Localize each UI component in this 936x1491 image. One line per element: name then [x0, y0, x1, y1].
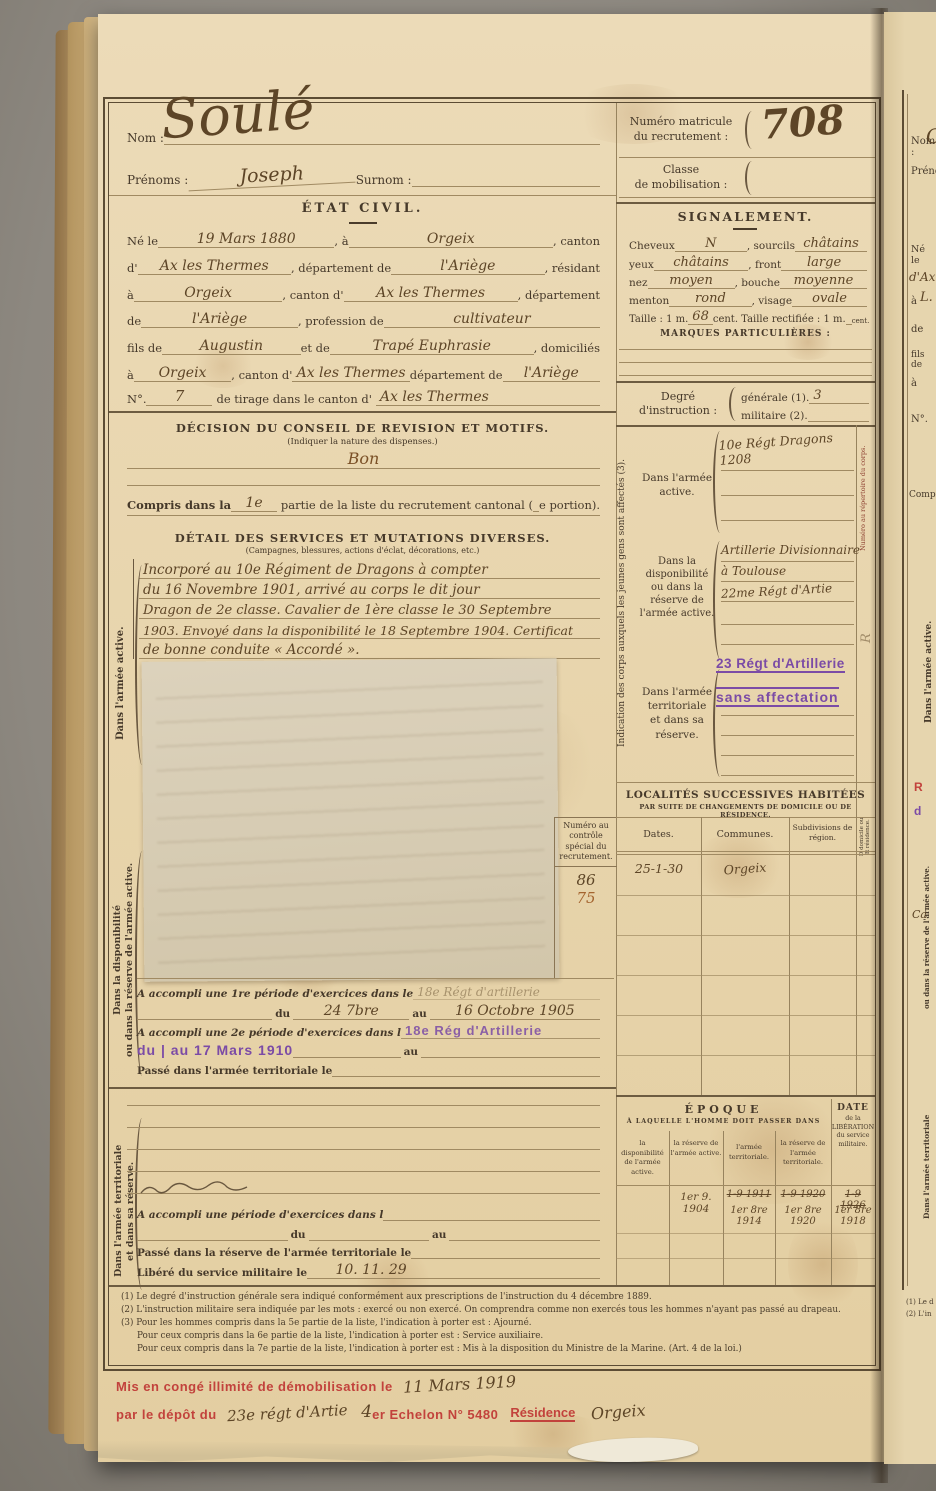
ec-line-2: d' Ax les Thermes , département de l'Ari…: [127, 256, 600, 275]
rule-line: [616, 854, 875, 855]
label: A accompli une période d'exercices dans …: [137, 1209, 383, 1221]
label: au: [429, 1229, 449, 1241]
instruction-label-1: Degré: [633, 390, 723, 403]
rule-line: [435, 1278, 600, 1279]
section-divider: [616, 202, 875, 204]
rule-line: [383, 1220, 600, 1221]
value: Ax les Thermes: [138, 258, 291, 275]
sig-row-cheveux: Cheveux N , sourcils châtains: [629, 234, 867, 252]
margin-label-terr-2: et dans sa réserve.: [125, 1125, 136, 1297]
label: nez: [629, 277, 648, 289]
surnom-label: Surnom :: [356, 173, 412, 187]
rule-line: [412, 186, 600, 187]
terr-stamp-affectation: sans affectation: [716, 687, 839, 707]
rule-line: [137, 978, 614, 979]
label: cent.: [852, 317, 870, 325]
next-compris: Compr: [909, 490, 936, 500]
rule-line: [421, 1057, 600, 1058]
epoque-col1-header: la disponibilité de l'armée active.: [617, 1139, 668, 1177]
prenoms-value: Joseph: [188, 160, 356, 192]
pasted-paper-slip: [142, 658, 560, 982]
rule-line: [109, 195, 616, 196]
margin-label-dispo-2: ou dans la réserve de l'armée active.: [124, 855, 135, 1065]
periode1-du: 24 7bre: [293, 1003, 409, 1020]
section-divider: [616, 425, 875, 427]
demob-depot: 23e régt d'Artie: [216, 1400, 361, 1426]
table-column-line: [856, 780, 857, 1095]
decision-value-row: Bon: [127, 449, 600, 469]
label: menton: [629, 295, 669, 307]
localites-title: LOCALITÉS SUCCESSIVES HABITÉES: [616, 789, 875, 801]
footnote-5: Pour ceux compris dans la 7e partie de l…: [121, 1343, 863, 1356]
demobilisation-line-2: par le dépôt du 23e régt d'Artie 4 er Ec…: [116, 1398, 646, 1422]
label: A accompli une 2e période d'exercices da…: [137, 1027, 401, 1039]
rule-line: [616, 1185, 875, 1186]
epoque-title: ÉPOQUE: [616, 1103, 831, 1116]
ec-line-3: à Orgeix , canton d' Ax les Thermes , dé…: [127, 283, 600, 302]
label: militaire (2).: [741, 410, 808, 422]
rule-line: [808, 421, 869, 422]
rule-line: [721, 601, 854, 602]
localites-col-dates: Dates.: [616, 829, 701, 840]
label: Passé dans l'armée territoriale le: [137, 1065, 332, 1077]
footnotes: (1) Le degré d'instruction générale sera…: [121, 1291, 863, 1356]
section-divider: [109, 411, 616, 413]
rule-line: [127, 515, 600, 516]
services-text: Incorporé au 10e Régiment de Dragons à c…: [139, 562, 600, 579]
section-divider: [616, 381, 875, 383]
next-frag: à: [911, 378, 917, 389]
epoque-col2-header: la réserve de l'armée active.: [670, 1139, 722, 1158]
libere-value: 10. 11. 29: [307, 1262, 435, 1279]
next-mark-r: R: [914, 780, 923, 794]
periode2-row: A accompli une 2e période d'exercices da…: [137, 1021, 600, 1039]
repertoire-divider: [856, 425, 857, 780]
corps-active-label: Dans l'armée active.: [641, 471, 713, 499]
value: Augustin: [162, 338, 301, 355]
label: , canton d': [282, 288, 343, 302]
rule-line: [619, 157, 875, 158]
rule-line: [616, 817, 875, 818]
label: , sourcils: [747, 240, 795, 252]
demob-stamp-1: Mis en congé illimité de démobilisation …: [116, 1379, 393, 1394]
next-page: Nom : C Prénoms Né le d'Ax à L. de fils …: [884, 12, 936, 1464]
next-frag-hand: L.: [920, 290, 933, 305]
label: fils de: [127, 341, 162, 355]
services-line: de bonne conduite « Accordé ».: [139, 639, 600, 659]
label: , visage: [752, 295, 793, 307]
epoque-value-4-old: 1-9 1920: [776, 1189, 830, 1200]
epoque-value-4: 1er 8re 1920: [776, 1205, 830, 1227]
label: d': [127, 261, 138, 275]
tirage-canton: Ax les Thermes: [376, 389, 600, 406]
corps-active-value: 10e Régt Dragons 1208: [718, 428, 860, 468]
label: générale (1).: [741, 392, 809, 404]
ec-line-5: fils de Augustin et de Trapé Euphrasie ,…: [127, 336, 600, 355]
label: A accompli une 1re période d'exercices d…: [137, 988, 413, 1000]
label: , département de: [291, 261, 391, 275]
affectations-vertical-label: Indication des corps auxquels les jeunes…: [617, 429, 627, 777]
classe-label-2: de mobilisation :: [625, 178, 737, 191]
epoque-col4-header: la réserve de l'armée territoriale.: [776, 1139, 830, 1168]
ink-scribble: [139, 1181, 249, 1197]
label: , résidant: [545, 261, 600, 275]
compris-value: 1e: [231, 495, 277, 512]
signalement-title: SIGNALEMENT.: [616, 209, 875, 224]
rule-line: [721, 495, 854, 496]
label: au: [401, 1046, 421, 1058]
value: Ax les Thermes: [292, 365, 409, 382]
front-value: large: [781, 255, 867, 271]
title-underline: [733, 228, 757, 230]
next-frag: à: [911, 296, 917, 307]
next-frame-line: [907, 94, 908, 1286]
rule-line: [721, 581, 854, 582]
next-note-2: (2) L'in: [906, 1310, 931, 1318]
label: e portion).: [539, 498, 600, 512]
rule-line: [619, 197, 875, 198]
table-column-line: [701, 817, 702, 1095]
matricule-label-1: Numéro matricule: [625, 115, 737, 128]
menton-value: rond: [669, 291, 751, 307]
next-note-1: (1) Le d: [906, 1298, 934, 1306]
instruction-label-2: d'instruction :: [633, 404, 723, 417]
rule-line: [127, 485, 600, 486]
rule-line: [721, 715, 854, 716]
table-column-line: [789, 817, 790, 1095]
label: du: [272, 1008, 293, 1020]
nom-value-large: Soulé: [159, 78, 317, 152]
pt-dates-row: du au: [137, 1223, 600, 1241]
libere-row: Libéré du service militaire le 10. 11. 2…: [137, 1259, 600, 1279]
label: , canton: [553, 234, 600, 248]
services-line: Incorporé au 10e Régiment de Dragons à c…: [139, 559, 600, 579]
epoque-col3-header: l'armée territoriale.: [724, 1143, 774, 1162]
label: yeux: [629, 259, 654, 271]
rule-line: [616, 851, 875, 852]
value: Orgeix: [134, 365, 231, 382]
periode1-dates-row: du 24 7bre au 16 Octobre 1905: [137, 1001, 600, 1020]
rule-line: [616, 935, 875, 936]
sig-row-yeux: yeux châtains , front large: [629, 253, 867, 271]
periode2-stamp: 18e Rég d'Artillerie: [401, 1023, 600, 1039]
rule-line: [127, 1105, 600, 1106]
services-text: de bonne conduite « Accordé ».: [139, 642, 600, 659]
label: Passé dans la réserve de l'armée territo…: [137, 1247, 411, 1259]
prenoms-label: Prénoms :: [127, 173, 188, 187]
sourcils-value: châtains: [795, 236, 867, 252]
controle-value-2: 75: [555, 889, 617, 907]
demob-echelon-number: 4: [361, 1402, 372, 1422]
demob-residence-value: Orgeix: [575, 1401, 647, 1425]
label: à: [127, 368, 134, 382]
nez-value: moyen: [648, 273, 735, 289]
cheveux-value: N: [675, 236, 747, 252]
value: 19 Mars 1880: [158, 231, 334, 248]
label: département de: [410, 368, 503, 382]
matricule-label-2: du recrutement :: [625, 130, 737, 143]
section-divider: [616, 1095, 875, 1097]
label: Taille : 1 m.: [629, 314, 688, 325]
services-subtitle: (Campagnes, blessures, actions d'éclat, …: [109, 546, 616, 555]
epoque-value-3: 1er 8re 1914: [724, 1205, 774, 1227]
tirage-number: 7: [146, 387, 212, 406]
localites-col-communes: Communes.: [701, 829, 789, 840]
localites-row-commune: Orgeix: [703, 858, 788, 879]
localites-col-subdiv: Subdivisions de région.: [789, 823, 856, 843]
passe-reserve-row: Passé dans la réserve de l'armée territo…: [137, 1241, 600, 1259]
rule-line: [721, 561, 854, 562]
services-line: 1903. Envoyé dans la disponibilité le 18…: [139, 619, 600, 639]
epoque-col5-header: de la LIBÉRATION du service militaire.: [831, 1115, 875, 1149]
pt-row: A accompli une période d'exercices dans …: [137, 1203, 600, 1221]
next-frame-line: [902, 90, 904, 1290]
rule-line: [619, 349, 872, 350]
footnote-1: (1) Le degré d'instruction générale sera…: [121, 1291, 863, 1304]
decision-value: Bon: [320, 449, 408, 469]
ec-line-1: Né le 19 Mars 1880 , à Orgeix , canton: [127, 229, 600, 248]
periode2-date-stamp: du | au 17 Mars 1910: [137, 1042, 293, 1058]
label: Libéré du service militaire le: [137, 1267, 307, 1279]
rule-line: [616, 1233, 875, 1234]
footnote-3: (3) Pour les hommes compris dans la 5e p…: [121, 1317, 863, 1330]
periode1-value: 18e Régt d'artillerie: [413, 985, 600, 1000]
rule-line: [721, 644, 854, 645]
rule-line: [721, 775, 854, 776]
rule-line: [616, 975, 875, 976]
brace: [713, 669, 727, 777]
etat-civil-title: ÉTAT CIVIL.: [109, 201, 616, 216]
rule-line: [721, 624, 854, 625]
epoque-value-3-old: 1-9 1911: [724, 1189, 774, 1200]
title-underline: [349, 222, 377, 224]
brace: [745, 111, 759, 149]
controle-box: Numéro au contrôle spécial du recrutemen…: [554, 817, 617, 979]
footnote-divider: [109, 1285, 875, 1287]
periode1-row: A accompli une 1re période d'exercices d…: [137, 982, 600, 1000]
rule-line: [127, 1127, 600, 1128]
rule-line: [619, 362, 872, 363]
label: , domiciliés: [534, 341, 600, 355]
corps-dispo-label: Dans la disponibilité ou dans la réserve…: [639, 555, 715, 620]
epoque-value-5: 1er 8re 1918: [831, 1205, 875, 1227]
instruction-generale-value: 3: [809, 388, 869, 404]
repertoire-vertical-label: Numéro au répertoire du corps.: [859, 433, 867, 563]
rule-line: [616, 1055, 875, 1056]
rule-line: [616, 1258, 875, 1259]
label: , canton d': [231, 368, 292, 382]
label: cent. Taille rectifiée : 1 m.: [713, 314, 846, 325]
services-text: du 16 Novembre 1901, arrivé au corps le …: [139, 582, 600, 599]
value: Ax les Thermes: [344, 285, 518, 302]
epoque-date-title: DATE: [831, 1103, 875, 1113]
passe-territoriale-row: Passé dans l'armée territoriale le: [137, 1059, 600, 1077]
decision-subtitle: (Indiquer la nature des dispenses.): [109, 437, 616, 447]
services-line: Dragon de 2e classe. Cavalier de 1ère cl…: [139, 599, 600, 619]
footnote-2: (2) L'instruction militaire sera indiqué…: [121, 1304, 863, 1317]
demob-stamp-residence: Résidence: [510, 1405, 575, 1422]
next-hand-ca: Ca: [912, 908, 927, 921]
yeux-value: châtains: [654, 255, 748, 271]
photo-background: Soulé Nom : Prénoms : Joseph Surnom : ÉT…: [0, 0, 936, 1491]
corps-dispo-value-2: à Toulouse: [721, 564, 786, 578]
label: N°.: [127, 392, 146, 406]
next-mark-d: d: [914, 804, 921, 818]
brace: [745, 161, 759, 195]
visage-value: ovale: [792, 291, 867, 307]
label: , front: [748, 259, 781, 271]
torn-paper-bit: [567, 1435, 698, 1466]
epoque-value-2: 1er 9. 1904: [670, 1191, 722, 1215]
value: Orgeix: [349, 231, 553, 248]
next-prenoms-label: Prénoms: [911, 166, 936, 177]
tirage-row: N°. 7 de tirage dans le canton d' Ax les…: [127, 386, 600, 406]
localites-row-date: 25-1-30: [619, 861, 699, 876]
ec-line-4: de l'Ariège , profession de cultivateur: [127, 309, 600, 328]
rule-line: [332, 1076, 600, 1077]
rule-line: [616, 895, 875, 896]
rule-line: [293, 1057, 400, 1058]
next-margin-dispo: ou dans la réserve de l'armée active.: [922, 832, 931, 1042]
rule-line: [721, 470, 854, 471]
next-margin-active: Dans l'armée active.: [924, 592, 934, 752]
value: l'Ariège: [391, 258, 544, 275]
next-ne-le: Né le: [911, 244, 936, 266]
register-page: Soulé Nom : Prénoms : Joseph Surnom : ÉT…: [98, 14, 884, 1462]
rule-line: [408, 468, 601, 469]
bouche-value: moyenne: [780, 273, 867, 289]
label: Compris dans la: [127, 498, 231, 512]
prenoms-row: Prénoms : Joseph Surnom :: [127, 163, 600, 187]
margin-label-active: Dans l'armée active.: [115, 598, 126, 768]
rule-line: [127, 1171, 600, 1172]
label: à: [127, 288, 134, 302]
demob-stamp-3: er Echelon N° 5480: [372, 1407, 510, 1422]
label: partie de la liste du recrutement canton…: [277, 498, 533, 512]
marques-title: MARQUES PARTICULIÈRES :: [616, 329, 875, 339]
section-divider: [616, 782, 875, 783]
rule-line: [137, 1019, 272, 1020]
compris-row: Compris dans la 1e partie de la liste du…: [127, 493, 600, 512]
rule-line: [127, 468, 320, 469]
margin-label-terr-1: Dans l'armée territoriale: [113, 1125, 124, 1297]
controle-value-1: 86: [555, 871, 617, 889]
label: de tirage dans le canton d': [212, 392, 375, 406]
rule-line: [619, 375, 872, 376]
form-frame: Soulé Nom : Prénoms : Joseph Surnom : ÉT…: [108, 102, 876, 1366]
corps-terr-label: Dans l'armée territoriale et dans sa rés…: [641, 685, 713, 742]
rule-line: [721, 520, 854, 521]
demobilisation-line-1: Mis en congé illimité de démobilisation …: [116, 1372, 516, 1394]
corps-dispo-value-3: 22me Régt d'Artie: [721, 581, 833, 601]
epoque-subtitle: À LAQUELLE L'HOMME DOIT PASSER DANS: [616, 1118, 831, 1125]
next-no-label: N°.: [911, 414, 928, 425]
rule-line: [127, 1149, 600, 1150]
value: cultivateur: [384, 311, 600, 328]
rule-line: [616, 1015, 875, 1016]
taille-value: 68: [688, 309, 713, 325]
sig-row-menton: menton rond , visage ovale: [629, 289, 867, 307]
label: Cheveux: [629, 240, 675, 252]
next-frag: de: [911, 324, 923, 335]
rule-line: [721, 755, 854, 756]
value: Orgeix: [134, 285, 283, 302]
services-title: DÉTAIL DES SERVICES ET MUTATIONS DIVERSE…: [109, 531, 616, 545]
label: et de: [301, 341, 330, 355]
services-text: 1903. Envoyé dans la disponibilité le 18…: [139, 623, 600, 639]
terr-stamp-regiment: 23 Régt d'Artillerie: [716, 656, 845, 673]
periode2-dates-row: du | au 17 Mars 1910 au: [137, 1039, 600, 1058]
margin-tick: [133, 559, 134, 659]
label: du: [288, 1229, 309, 1241]
corps-dispo-value-1: Artillerie Divisionnaire: [721, 543, 860, 557]
next-frag: fils de: [911, 350, 936, 370]
instruction-militaire-row: militaire (2).: [741, 406, 869, 422]
demob-date: 11 Mars 1919: [392, 1372, 516, 1397]
sig-row-taille: Taille : 1 m. 68 cent. Taille rectifiée …: [629, 307, 867, 325]
label: , profession de: [298, 314, 384, 328]
demob-stamp-2: par le dépôt du: [116, 1407, 217, 1422]
sig-row-nez: nez moyen , bouche moyenne: [629, 271, 867, 289]
ec-line-6: à Orgeix , canton d' Ax les Thermes dépa…: [127, 363, 600, 382]
value: l'Ariège: [141, 311, 298, 328]
classe-label-1: Classe: [625, 163, 737, 176]
nom-label: Nom :: [127, 131, 164, 145]
label: , bouche: [735, 277, 780, 289]
controle-label: Numéro au contrôle spécial du recrutemen…: [555, 818, 617, 867]
margin-label-dispo-1: Dans la disponibilité: [112, 855, 123, 1065]
label: au: [409, 1008, 429, 1020]
label: , à: [334, 234, 348, 248]
instruction-generale-row: générale (1). 3: [741, 388, 869, 404]
next-frag: d'Ax: [909, 270, 935, 284]
periode1-au: 16 Octobre 1905: [430, 1003, 600, 1020]
services-line: du 16 Novembre 1901, arrivé au corps le …: [139, 579, 600, 599]
next-nom-hand: C: [926, 124, 936, 148]
label: , département: [518, 288, 600, 302]
services-text: Dragon de 2e classe. Cavalier de 1ère cl…: [139, 603, 600, 619]
matricule-value: 708: [759, 96, 846, 149]
section-divider: [109, 1087, 616, 1089]
rule-line: [721, 735, 854, 736]
decision-title: DÉCISION DU CONSEIL DE REVISION ET MOTIF…: [109, 421, 616, 435]
label: de: [127, 314, 141, 328]
value: Trapé Euphrasie: [330, 338, 534, 355]
label: Né le: [127, 234, 158, 248]
footnote-4: Pour ceux compris dans la 6e partie de l…: [121, 1330, 863, 1343]
value: l'Ariège: [503, 365, 600, 382]
next-margin-terr: Dans l'armée territoriale: [922, 1092, 931, 1242]
